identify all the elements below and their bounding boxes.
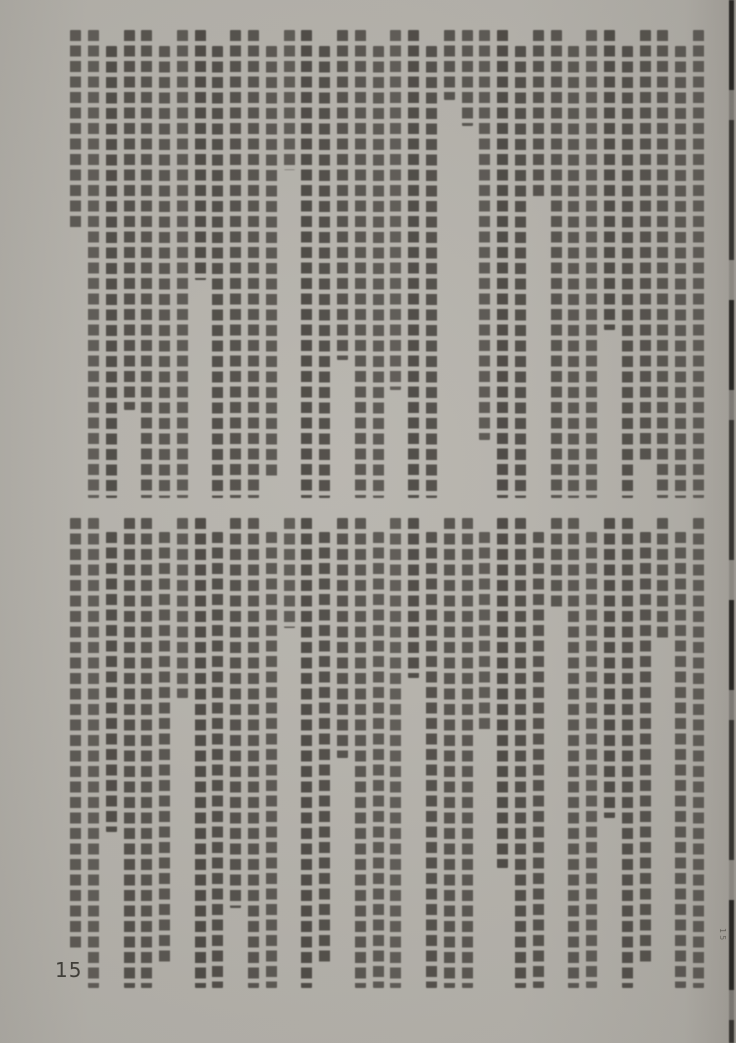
text-column	[551, 24, 562, 500]
text-column	[177, 24, 188, 500]
text-column	[284, 24, 295, 500]
text-column	[301, 518, 312, 996]
text-column	[284, 518, 295, 996]
text-column	[622, 24, 633, 500]
text-column	[106, 24, 117, 500]
text-column	[124, 24, 135, 500]
text-column	[462, 24, 473, 500]
text-column	[497, 24, 508, 500]
text-column	[390, 24, 401, 500]
text-column	[248, 24, 259, 500]
text-column	[337, 518, 348, 996]
text-column	[444, 518, 455, 996]
text-column	[604, 24, 615, 500]
text-column	[462, 518, 473, 996]
text-column	[177, 518, 188, 996]
text-column	[301, 24, 312, 500]
text-column	[212, 24, 223, 500]
text-column	[141, 24, 152, 500]
text-column	[533, 24, 544, 500]
text-column	[159, 24, 170, 500]
text-column	[70, 24, 81, 500]
text-column	[373, 24, 384, 500]
text-column	[266, 518, 277, 996]
text-column	[355, 518, 366, 996]
page-number: 15	[55, 958, 82, 982]
text-column	[248, 518, 259, 996]
text-column	[640, 518, 651, 996]
edge-folio: 15	[718, 928, 727, 942]
text-column	[408, 518, 419, 996]
text-column	[551, 518, 562, 996]
text-column	[568, 518, 579, 996]
text-column	[657, 518, 668, 996]
text-column	[390, 518, 401, 996]
text-column	[408, 24, 419, 500]
text-column	[568, 24, 579, 500]
text-column	[675, 518, 686, 996]
text-column	[586, 24, 597, 500]
text-column	[426, 518, 437, 996]
text-column	[195, 518, 206, 996]
scanned-page: 15 15	[0, 0, 736, 1043]
text-column	[693, 24, 704, 500]
text-column	[426, 24, 437, 500]
text-column	[693, 518, 704, 996]
text-column	[88, 518, 99, 996]
text-tier-upper	[46, 24, 704, 500]
text-column	[515, 518, 526, 996]
text-column	[70, 518, 81, 996]
text-column	[88, 24, 99, 500]
text-column	[319, 518, 330, 996]
text-column	[230, 518, 241, 996]
text-column	[604, 518, 615, 996]
text-column	[479, 518, 490, 996]
text-column	[319, 24, 330, 500]
text-column	[212, 518, 223, 996]
text-column	[373, 518, 384, 996]
text-column	[230, 24, 241, 500]
text-column	[195, 24, 206, 500]
text-column	[479, 24, 490, 500]
text-column	[266, 24, 277, 500]
text-column	[497, 518, 508, 996]
text-column	[515, 24, 526, 500]
text-column	[657, 24, 668, 500]
text-column	[106, 518, 117, 996]
text-tier-lower	[46, 518, 704, 996]
text-column	[355, 24, 366, 500]
text-column	[622, 518, 633, 996]
text-column	[586, 518, 597, 996]
text-column	[124, 518, 135, 996]
text-column	[640, 24, 651, 500]
text-column	[159, 518, 170, 996]
text-column	[444, 24, 455, 500]
text-column	[141, 518, 152, 996]
text-column	[533, 518, 544, 996]
text-column	[675, 24, 686, 500]
scan-edge-shadow	[729, 0, 734, 1043]
text-column	[337, 24, 348, 500]
